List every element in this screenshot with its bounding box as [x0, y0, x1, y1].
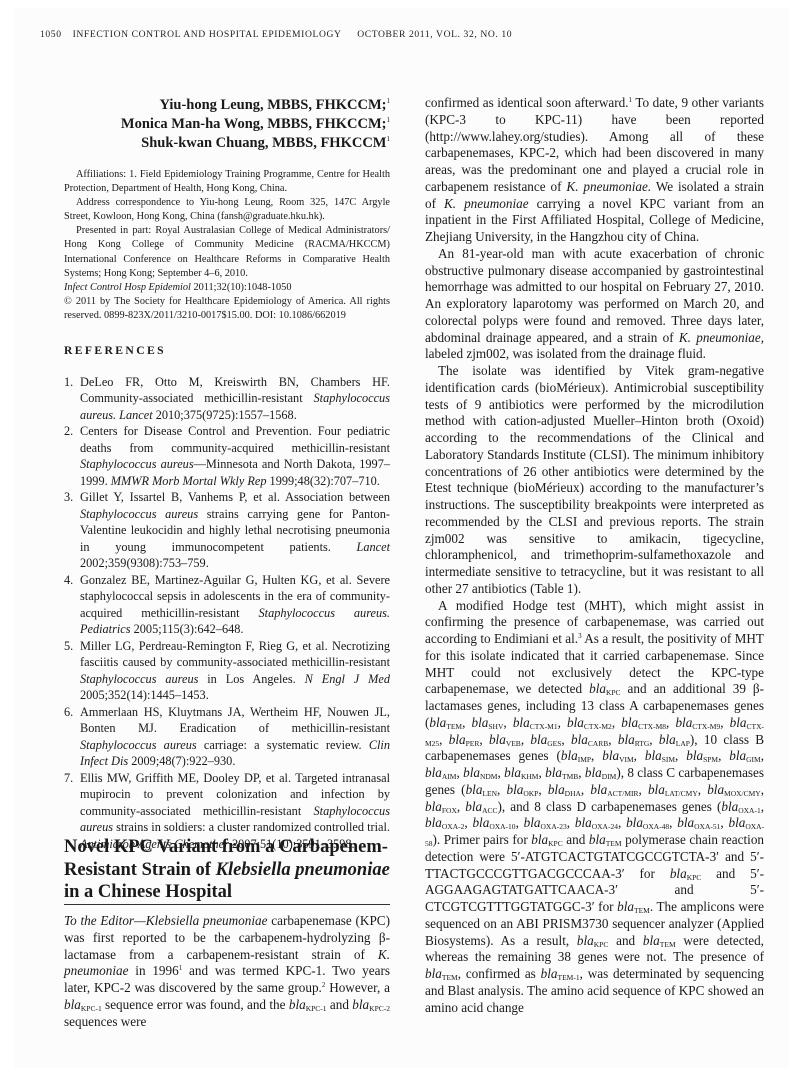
gene-name: bla [545, 765, 562, 780]
gene-name: bla [648, 782, 665, 797]
letter-opening: To the Editor—Klebsiella pneumoniae carb… [64, 913, 390, 1030]
left-column: Yiu-hong Leung, MBBS, FHKCCM;1 Monica Ma… [64, 93, 390, 852]
issue-info: OCTOBER 2011, VOL. 32, NO. 10 [357, 29, 512, 40]
running-head: 1050 INFECTION CONTROL AND HOSPITAL EPID… [40, 29, 512, 40]
title-divider [64, 904, 390, 905]
gene-name: bla [524, 815, 541, 830]
gene-name: bla [659, 732, 676, 747]
gene-name: bla [728, 815, 745, 830]
gene-name: bla [729, 748, 746, 763]
gene-name: bla [645, 748, 662, 763]
gene-name: bla [721, 799, 738, 814]
author: Shuk-kwan Chuang, MBBS, FHKCCM1 [64, 134, 390, 153]
reference-item: 2.Centers for Disease Control and Preven… [64, 423, 390, 489]
gene-name: bla [425, 815, 442, 830]
gene-name: bla [425, 799, 442, 814]
reference-item: 3.Gillet Y, Issartel B, Vanhems P, et al… [64, 489, 390, 572]
gene-name: bla [548, 782, 565, 797]
gene-name: bla [504, 765, 521, 780]
gene-name: bla [621, 715, 638, 730]
gene-name: bla [530, 732, 547, 747]
author-block: Yiu-hong Leung, MBBS, FHKCCM;1 Monica Ma… [64, 96, 390, 153]
reference-item: 1.DeLeo FR, Otto M, Kreiswirth BN, Chamb… [64, 374, 390, 424]
citation: Infect Control Hosp Epidemiol 2011;32(10… [64, 281, 390, 295]
paragraph: An 81-year-old man with acute exacerbati… [425, 246, 764, 363]
correspondence: Address correspondence to Yiu-hong Leung… [64, 196, 390, 224]
gene-name: bla [561, 748, 578, 763]
gene-name: bla [618, 732, 635, 747]
gene-name: bla [675, 715, 692, 730]
gene-name: bla [513, 715, 530, 730]
journal-page: 1050 INFECTION CONTROL AND HOSPITAL EPID… [14, 8, 789, 1068]
gene-name: bla [472, 815, 489, 830]
page-number: 1050 [40, 29, 62, 40]
gene-name: bla [567, 715, 584, 730]
gene-name: bla [677, 815, 694, 830]
gene-name: bla [626, 815, 643, 830]
gene-name: bla [602, 748, 619, 763]
gene-name: bla [425, 765, 442, 780]
gene-name: bla [585, 765, 602, 780]
gene-name: bla [730, 715, 747, 730]
reference-item: 5.Miller LG, Perdreau-Remington F, Rieg … [64, 638, 390, 704]
paragraph: confirmed as identical soon afterward.1 … [425, 95, 764, 246]
gene-name: bla [571, 732, 588, 747]
reference-item: 4.Gonzalez BE, Martinez-Aguilar G, Hulte… [64, 572, 390, 638]
gene-name: bla [466, 782, 483, 797]
gene-name: bla [472, 715, 489, 730]
affiliations: Affiliations: 1. Field Epidemiology Trai… [64, 168, 390, 196]
article-metadata: Affiliations: 1. Field Epidemiology Trai… [64, 168, 390, 323]
right-column: confirmed as identical soon afterward.1 … [425, 95, 764, 1016]
gene-name: bla [463, 765, 480, 780]
gene-name: bla [506, 782, 523, 797]
presented-note: Presented in part: Royal Australasian Co… [64, 224, 390, 280]
gene-name: bla [575, 815, 592, 830]
copyright: © 2011 by The Society for Healthcare Epi… [64, 295, 390, 323]
reference-list: 1.DeLeo FR, Otto M, Kreiswirth BN, Chamb… [64, 374, 390, 853]
paragraph: The isolate was identified by Vitek gram… [425, 363, 764, 598]
gene-name: bla [449, 732, 466, 747]
paragraph: To the Editor—Klebsiella pneumoniae carb… [64, 913, 390, 1030]
author: Monica Man-ha Wong, MBBS, FHKCCM;1 [64, 115, 390, 134]
references-heading: REFERENCES [64, 343, 390, 360]
article-title: Novel KPC Variant from a Carbapenem-Resi… [64, 836, 394, 904]
gene-name: bla [686, 748, 703, 763]
journal-name: INFECTION CONTROL AND HOSPITAL EPIDEMIOL… [73, 29, 342, 40]
gene-name: bla [707, 782, 724, 797]
gene-name: bla [489, 732, 506, 747]
gene-name: bla [429, 715, 446, 730]
gene-name: bla [590, 782, 607, 797]
gene-name: bla [465, 799, 482, 814]
reference-item: 6.Ammerlaan HS, Kluytmans JA, Wertheim H… [64, 704, 390, 770]
author: Yiu-hong Leung, MBBS, FHKCCM;1 [64, 96, 390, 115]
paragraph: A modified Hodge test (MHT), which might… [425, 598, 764, 1017]
